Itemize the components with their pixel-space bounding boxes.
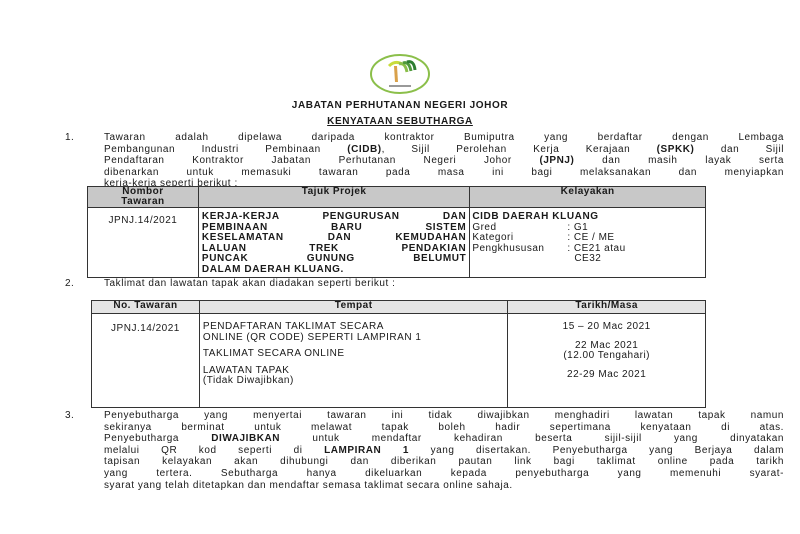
- text-line: dibenarkan untuk memasuki tawaran pada m…: [104, 167, 784, 179]
- section-1-text: Tawaran adalah dipelawa daripada kontrak…: [104, 132, 784, 190]
- text-line: Pendaftaran Kontraktor Jabatan Perhutana…: [104, 155, 784, 167]
- project-title-line: PUNCAK GUNUNG BELUMUT: [202, 254, 466, 265]
- briefing-table: No. Tawaran Tempat Tarikh/Masa JPNJ.14/2…: [91, 300, 706, 408]
- perhutanan-logo: [369, 52, 431, 96]
- table-row: JPNJ.14/2021 KERJA-KERJA PENGURUSAN DANP…: [88, 208, 706, 278]
- venue-item: PENDAFTARAN TAKLIMAT SECARAONLINE (QR CO…: [203, 322, 504, 343]
- section-3-number: 3.: [65, 410, 74, 421]
- text-line: syarat yang telah ditetapkan dan mendaft…: [104, 480, 784, 492]
- qualification-title: CIDB DAERAH KLUANG: [472, 212, 702, 223]
- date-item: 22 Mac 2021(12.00 Tengahari): [511, 341, 702, 362]
- header-tajuk-projek: Tajuk Projek: [198, 187, 469, 208]
- header-tempat: Tempat: [199, 301, 507, 314]
- qualification-continuation: CE32: [472, 254, 702, 265]
- text-line: Tawaran adalah dipelawa daripada kontrak…: [104, 132, 784, 144]
- tender-table-header: Nombor Tawaran Tajuk Projek Kelayakan: [88, 187, 706, 208]
- text-line: sekiranya berminat untuk melawat tapak b…: [104, 422, 784, 434]
- header-no-tawaran: No. Tawaran: [92, 301, 200, 314]
- project-title-line: KESELAMATAN DAN KEMUDAHAN: [202, 233, 466, 244]
- project-title: KERJA-KERJA PENGURUSAN DANPEMBINAAN BARU…: [198, 208, 469, 278]
- venue-item: TAKLIMAT SECARA ONLINE: [203, 349, 504, 360]
- section-2-text: Taklimat dan lawatan tapak akan diadakan…: [104, 278, 704, 290]
- text-line: Penyebutharga DIWAJIBKAN untuk mendaftar…: [104, 433, 784, 445]
- header-kelayakan: Kelayakan: [470, 187, 706, 208]
- text-line: yang tertera. Sebutharga hanya dikeluark…: [104, 468, 784, 480]
- venue-list: PENDAFTARAN TAKLIMAT SECARAONLINE (QR CO…: [199, 314, 507, 408]
- date-list: 15 – 20 Mac 202122 Mac 2021(12.00 Tengah…: [508, 314, 706, 408]
- text-line: tapisan kelayakan akan dihubungi dan dib…: [104, 456, 784, 468]
- department-name: JABATAN PERHUTANAN NEGERI JOHOR: [0, 100, 800, 111]
- tender-number: JPNJ.14/2021: [88, 208, 199, 278]
- project-title-line: KERJA-KERJA PENGURUSAN DAN: [202, 212, 466, 223]
- text-line: Pembangunan Industri Pembinaan (CIDB), S…: [104, 144, 784, 156]
- date-item: 15 – 20 Mac 2021: [511, 322, 702, 333]
- venue-item: LAWATAN TAPAK(Tidak Diwajibkan): [203, 366, 504, 387]
- briefing-table-header: No. Tawaran Tempat Tarikh/Masa: [92, 301, 706, 314]
- header-tarikh-masa: Tarikh/Masa: [508, 301, 706, 314]
- section-1-number: 1.: [65, 132, 74, 143]
- text-line: melalui QR kod seperti di LAMPIRAN 1 yan…: [104, 445, 784, 457]
- text-line: Penyebutharga yang menyertai tawaran ini…: [104, 410, 784, 422]
- project-title-line: DALAM DAERAH KLUANG.: [202, 265, 466, 276]
- tender-table: Nombor Tawaran Tajuk Projek Kelayakan JP…: [87, 186, 706, 278]
- document-title: KENYATAAN SEBUTHARGA: [0, 116, 800, 127]
- section-2-number: 2.: [65, 278, 74, 289]
- qualification: CIDB DAERAH KLUANG Gred : G1 Kategori : …: [470, 208, 706, 278]
- qualification-kategori: Kategori : CE / ME: [472, 233, 702, 244]
- header-nombor-tawaran: Nombor Tawaran: [88, 187, 199, 208]
- tender-number: JPNJ.14/2021: [92, 314, 200, 408]
- table-row: JPNJ.14/2021 PENDAFTARAN TAKLIMAT SECARA…: [92, 314, 706, 408]
- section-3-text: Penyebutharga yang menyertai tawaran ini…: [104, 410, 784, 491]
- date-item: 22-29 Mac 2021: [511, 370, 702, 381]
